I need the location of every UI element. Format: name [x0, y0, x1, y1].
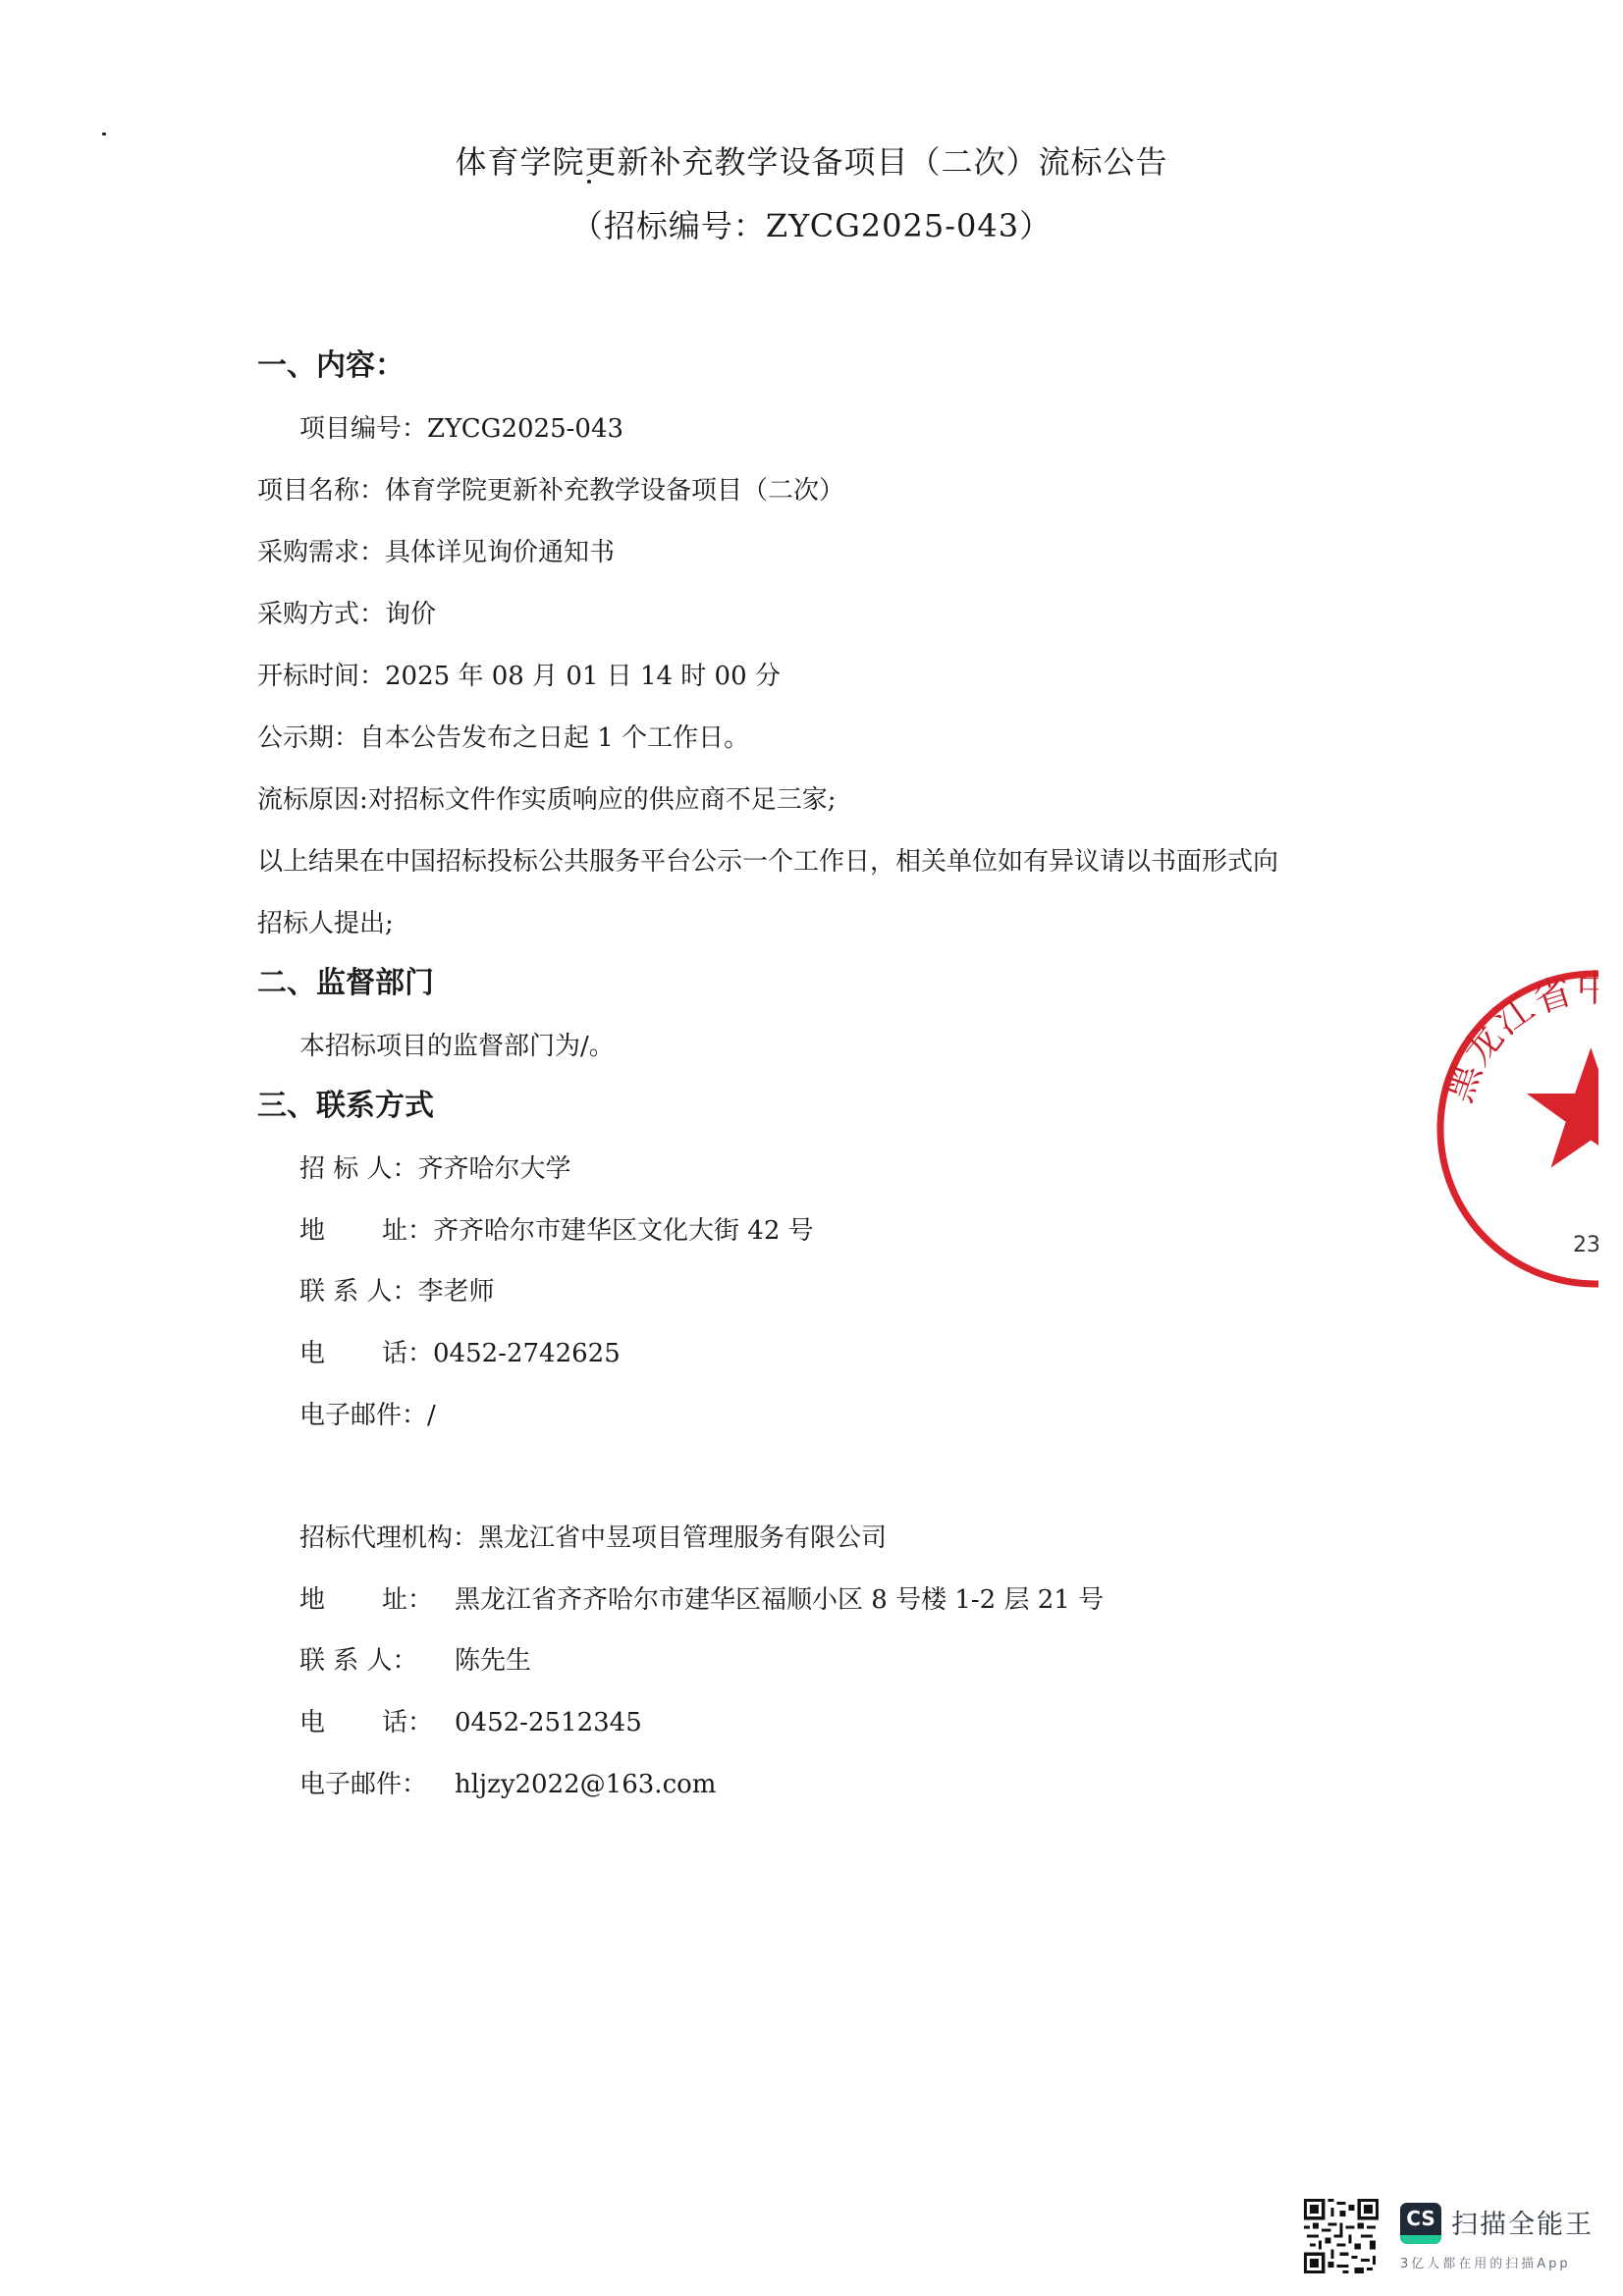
failure-reason-label: 流标原因: — [257, 785, 368, 815]
camscanner-watermark: CS 扫描全能王 3亿人都在用的扫描App — [1304, 2189, 1618, 2277]
tenderer-contact-value: 李老师 — [418, 1277, 495, 1307]
document-title: 体育学院更新补充教学设备项目（二次）流标公告 — [0, 137, 1623, 183]
tenderer-email-value: / — [427, 1401, 436, 1430]
publicity-value: 自本公告发布之日起 1 个工作日。 — [359, 723, 749, 753]
tenderer-address-value: 齐齐哈尔市建华区文化大街 42 号 — [433, 1216, 814, 1246]
agency-email-label: 电子邮件： — [299, 1767, 455, 1802]
scan-artifact-dot — [102, 133, 106, 135]
opening-time-value: 2025 年 08 月 01 日 14 时 00 分 — [385, 662, 781, 691]
agency-name-value: 黑龙江省中昱项目管理服务有限公司 — [478, 1523, 887, 1553]
supervision-text: 本招标项目的监督部门为/。 — [299, 1029, 615, 1064]
stamp-text: 黑龙江省中昱项目管理 — [1436, 967, 1598, 1146]
qr-code-icon[interactable] — [1304, 2199, 1379, 2273]
document-subtitle: （招标编号：ZYCG2025-043） — [0, 201, 1623, 246]
notice-line-2: 招标人提出; — [257, 906, 394, 941]
method-row: 采购方式：询价 — [257, 597, 436, 632]
tenderer-contact-row: 联 系 人：李老师 — [299, 1274, 495, 1309]
section-heading-contact: 三、联系方式 — [257, 1089, 434, 1124]
svg-text:黑龙江省中昱项目管理: 黑龙江省中昱项目管理 — [1436, 967, 1598, 1146]
agency-phone-label-b: 话： — [382, 1705, 455, 1740]
agency-contact-row: 联 系 人：陈先生 — [299, 1643, 531, 1679]
agency-phone-value: 0452-2512345 — [455, 1708, 642, 1737]
camscanner-logo-text: CS — [1400, 2207, 1441, 2230]
tenderer-address-label-b: 址： — [382, 1216, 433, 1246]
tenderer-phone-label-a: 电 — [299, 1336, 382, 1371]
tenderer-email-row: 电子邮件：/ — [299, 1398, 436, 1433]
requirement-label: 采购需求： — [257, 538, 385, 567]
agency-name-label: 招标代理机构： — [299, 1523, 478, 1553]
project-number-value: ZYCG2025-043 — [427, 414, 623, 444]
stamp-clip: 黑龙江省中昱项目管理 23 — [0, 0, 1598, 2296]
tenderer-phone-value: 0452-2742625 — [433, 1339, 621, 1368]
document-page: 体育学院更新补充教学设备项目（二次）流标公告 （招标编号：ZYCG2025-04… — [0, 0, 1623, 2296]
tenderer-address-row: 地址：齐齐哈尔市建华区文化大街 42 号 — [299, 1213, 814, 1249]
tenderer-name-label: 招 标 人： — [299, 1154, 418, 1184]
agency-contact-label: 联 系 人： — [299, 1643, 455, 1679]
camscanner-logo-icon: CS — [1400, 2203, 1441, 2244]
camscanner-logo-bar — [1400, 2235, 1441, 2244]
publicity-label: 公示期： — [257, 723, 359, 753]
tenderer-name-row: 招 标 人：齐齐哈尔大学 — [299, 1151, 571, 1187]
tenderer-phone-label-b: 话： — [382, 1339, 433, 1368]
project-name-value: 体育学院更新补充教学设备项目（二次） — [385, 476, 844, 506]
tenderer-name-value: 齐齐哈尔大学 — [418, 1154, 571, 1184]
opening-time-label: 开标时间： — [257, 662, 385, 691]
agency-address-row: 地址：黑龙江省齐齐哈尔市建华区福顺小区 8 号楼 1-2 层 21 号 — [299, 1582, 1104, 1618]
agency-email-value: hljzy2022@163.com — [455, 1770, 716, 1799]
tenderer-contact-label: 联 系 人： — [299, 1277, 418, 1307]
tenderer-phone-row: 电话：0452-2742625 — [299, 1336, 621, 1371]
method-value: 询价 — [385, 600, 436, 629]
tenderer-address-label-a: 地 — [299, 1213, 382, 1249]
stamp-number: 23 — [1573, 1233, 1598, 1257]
project-number-label: 项目编号： — [299, 414, 427, 444]
agency-address-label-a: 地 — [299, 1582, 382, 1618]
publicity-row: 公示期：自本公告发布之日起 1 个工作日。 — [257, 721, 749, 756]
project-number-row: 项目编号：ZYCG2025-043 — [299, 411, 623, 447]
opening-time-row: 开标时间：2025 年 08 月 01 日 14 时 00 分 — [257, 659, 781, 694]
agency-phone-row: 电话：0452-2512345 — [299, 1705, 642, 1740]
official-stamp-icon: 黑龙江省中昱项目管理 23 — [1434, 967, 1598, 1291]
camscanner-tagline: 3亿人都在用的扫描App — [1400, 2253, 1571, 2271]
failure-reason-value: 对招标文件作实质响应的供应商不足三家; — [368, 785, 837, 815]
method-label: 采购方式： — [257, 600, 385, 629]
project-name-row: 项目名称：体育学院更新补充教学设备项目（二次） — [257, 473, 844, 508]
requirement-row: 采购需求：具体详见询价通知书 — [257, 535, 615, 570]
scan-artifact-dot — [587, 180, 591, 184]
agency-address-value: 黑龙江省齐齐哈尔市建华区福顺小区 8 号楼 1-2 层 21 号 — [455, 1585, 1104, 1615]
tenderer-email-label: 电子邮件： — [299, 1401, 427, 1430]
failure-reason-row: 流标原因:对招标文件作实质响应的供应商不足三家; — [257, 782, 837, 818]
agency-contact-value: 陈先生 — [455, 1646, 531, 1676]
project-name-label: 项目名称： — [257, 476, 385, 506]
section-heading-supervision: 二、监督部门 — [257, 966, 434, 1001]
agency-name-row: 招标代理机构：黑龙江省中昱项目管理服务有限公司 — [299, 1521, 887, 1556]
agency-email-row: 电子邮件：hljzy2022@163.com — [299, 1767, 716, 1802]
requirement-value: 具体详见询价通知书 — [385, 538, 615, 567]
agency-address-label-b: 址： — [382, 1582, 455, 1618]
notice-line-1: 以上结果在中国招标投标公共服务平台公示一个工作日，相关单位如有异议请以书面形式向 — [257, 844, 1278, 880]
camscanner-app-name: 扫描全能王 — [1451, 2203, 1594, 2241]
agency-phone-label-a: 电 — [299, 1705, 382, 1740]
section-heading-content: 一、内容： — [257, 348, 405, 384]
